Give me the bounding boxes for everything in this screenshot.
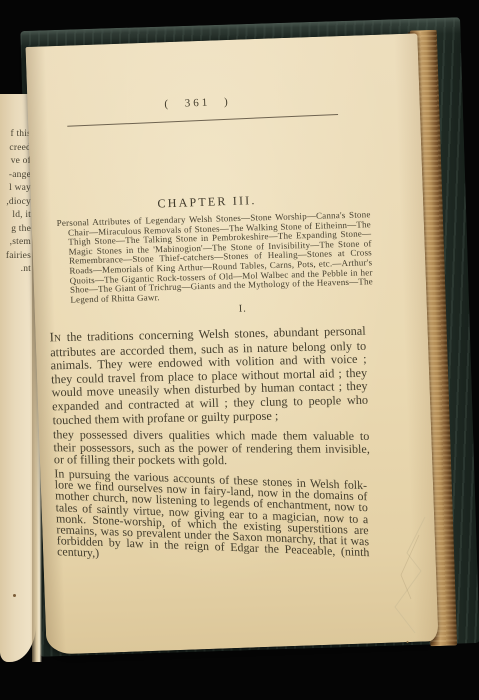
fragment-line: creed [0, 142, 31, 156]
left-page-text-fragments: f this creed ve of ange- l way diocy, ld… [0, 128, 31, 277]
paper-speck [13, 594, 16, 597]
fragment-line: ve of [0, 155, 31, 169]
body-text-run: the traditions concerning Welsh stones, … [50, 324, 368, 427]
fragment-line: l way [0, 182, 31, 196]
chapter-summary: Personal Attributes of Legendary Welsh S… [57, 210, 374, 305]
page-number: ( 361 ) [27, 91, 367, 115]
fragment-line: fairies [0, 250, 31, 264]
paper-speck [406, 641, 408, 643]
body-text-part3: In pursuing the various accounts of thes… [54, 468, 370, 570]
fragment-line: nt. [0, 263, 31, 277]
fragment-line: f this [0, 128, 31, 142]
book-page: ( 361 ) CHAPTER III. Personal Attributes… [26, 33, 439, 654]
fragment-line: ange- [0, 169, 31, 183]
fragment-line: diocy, [0, 196, 31, 210]
fragment-line: stem, [0, 236, 31, 250]
header-rule [67, 114, 338, 127]
page-crease-marks [385, 515, 435, 635]
body-text-part1: IN the traditions concerning Welsh stone… [49, 324, 368, 428]
fragment-line: ld, it [0, 209, 31, 223]
body-paragraph: IN the traditions concerning Welsh stone… [49, 319, 373, 557]
body-text-part2: they possessed divers qualities which ma… [53, 428, 371, 467]
book-photo: f this creed ve of ange- l way diocy, ld… [0, 0, 479, 700]
fragment-line: g the [0, 223, 31, 237]
